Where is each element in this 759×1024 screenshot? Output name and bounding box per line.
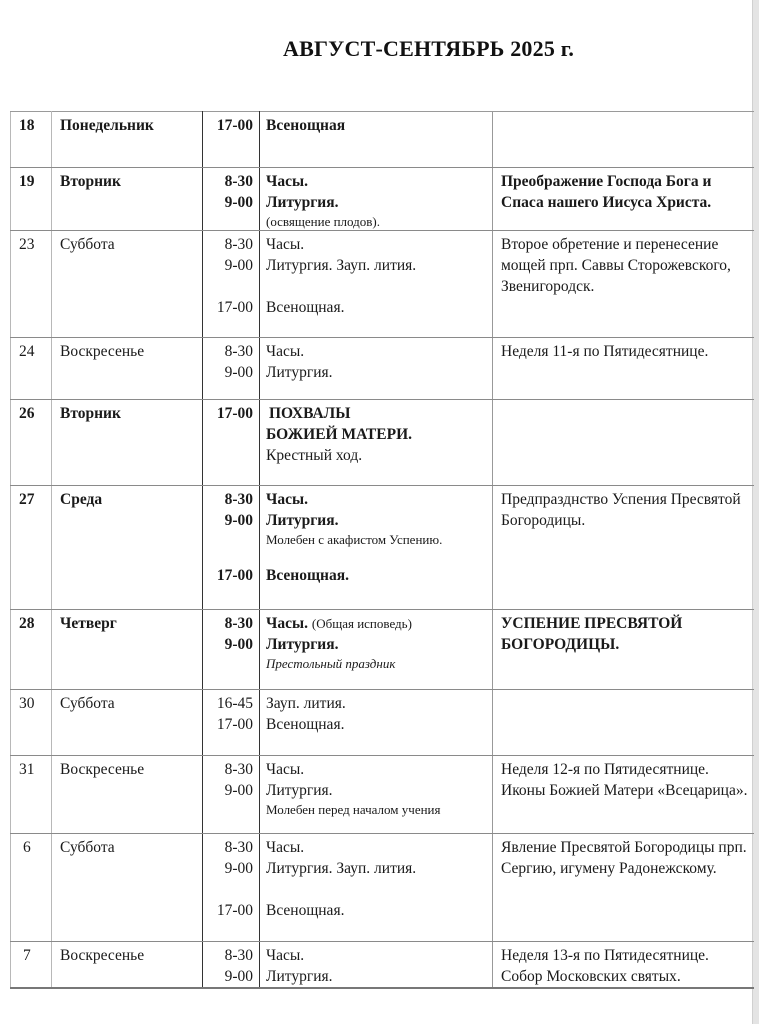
weekday: Суббота — [52, 690, 203, 756]
table-row: 26 Вторник 17-00 ПОХВАЛЫ БОЖИЕЙ МАТЕРИ. … — [11, 400, 755, 486]
feast-cell — [493, 400, 755, 486]
time-cell: 8-30 9-00 17-00 — [203, 231, 260, 338]
service-name: Литургия. — [266, 362, 486, 383]
service-name: Часы. — [266, 489, 486, 510]
weekday: Воскресенье — [52, 338, 203, 400]
service-time: 17-00 — [209, 900, 253, 921]
weekday: Понедельник — [52, 112, 203, 168]
service-name: Часы. — [266, 615, 308, 632]
service-name: Литургия. Зауп. лития. — [266, 255, 486, 276]
day-number: 24 — [11, 338, 52, 400]
service-name: ПОХВАЛЫ — [266, 403, 486, 424]
service-name: Всенощная. — [266, 900, 486, 921]
service-name: Часы. — [266, 837, 486, 858]
table-row: 28 Четверг 8-30 9-00 Часы. (Общая испове… — [11, 610, 755, 690]
weekday: Суббота — [52, 834, 203, 942]
table-row: 23 Суббота 8-30 9-00 17-00 Часы. Литурги… — [11, 231, 755, 338]
weekday: Четверг — [52, 610, 203, 690]
service-time: 8-30 — [209, 171, 253, 192]
service-time: 17-00 — [209, 403, 253, 424]
service-note: Молебен с акафистом Успению. — [266, 531, 486, 548]
service-cell: Часы. Литургия. Зауп. лития. Всенощная. — [260, 231, 493, 338]
service-time: 8-30 — [209, 945, 253, 966]
service-cell: Часы. Литургия. Зауп. лития. Всенощная. — [260, 834, 493, 942]
time-cell: 17-00 — [203, 400, 260, 486]
spacer — [266, 879, 486, 900]
day-number: 18 — [11, 112, 52, 168]
service-time: 17-00 — [209, 565, 253, 586]
service-time: 9-00 — [209, 634, 253, 655]
service-name: Литургия. — [266, 192, 486, 213]
service-cell: Всенощная — [260, 112, 493, 168]
feast-cell: Второе обретение и перенесение мощей прп… — [493, 231, 755, 338]
service-time: 17-00 — [209, 115, 253, 136]
service-time: 9-00 — [209, 966, 253, 987]
spacer — [209, 531, 253, 565]
day-number: 6 — [11, 834, 52, 942]
service-cell: Часы. (Общая исповедь) Литургия. Престол… — [260, 610, 493, 690]
service-name: Часы. — [266, 759, 486, 780]
table-row: 7 Воскресенье 8-30 9-00 Часы. Литургия. … — [11, 942, 755, 989]
service-name: Всенощная. — [266, 565, 486, 586]
table-row: 30 Суббота 16-45 17-00 Зауп. лития. Всен… — [11, 690, 755, 756]
time-cell: 8-30 9-00 17-00 — [203, 834, 260, 942]
service-time: 9-00 — [209, 192, 253, 213]
day-number: 26 — [11, 400, 52, 486]
service-time: 9-00 — [209, 858, 253, 879]
day-number: 7 — [11, 942, 52, 989]
service-time: 9-00 — [209, 362, 253, 383]
service-note: Молебен перед началом учения — [266, 801, 486, 818]
weekday: Суббота — [52, 231, 203, 338]
service-name: Литургия. — [266, 780, 486, 801]
feast-cell — [493, 690, 755, 756]
service-name: Литургия. — [266, 510, 486, 531]
schedule-table: 18 Понедельник 17-00 Всенощная 19 Вторни… — [10, 111, 754, 989]
time-cell: 8-30 9-00 — [203, 756, 260, 834]
service-inline-note: (Общая исповедь) — [312, 616, 412, 631]
service-time: 16-45 — [209, 693, 253, 714]
time-cell: 8-30 9-00 17-00 — [203, 486, 260, 610]
feast-cell: Неделя 12-я по Пятидесятнице. Иконы Божи… — [493, 756, 755, 834]
time-cell: 8-30 9-00 — [203, 168, 260, 231]
time-cell: 8-30 9-00 — [203, 942, 260, 989]
feast-cell: Явление Пресвятой Богородицы прп. Сергию… — [493, 834, 755, 942]
service-cell: Часы. Литургия. — [260, 338, 493, 400]
day-number: 31 — [11, 756, 52, 834]
service-time: 9-00 — [209, 255, 253, 276]
table-row: 19 Вторник 8-30 9-00 Часы. Литургия. (ос… — [11, 168, 755, 231]
service-cell: ПОХВАЛЫ БОЖИЕЙ МАТЕРИ. Крестный ход. — [260, 400, 493, 486]
service-time: 17-00 — [209, 714, 253, 735]
service-name: Литургия. — [266, 634, 486, 655]
service-name: Всенощная — [266, 115, 486, 136]
day-number: 23 — [11, 231, 52, 338]
service-cell: Зауп. лития. Всенощная. — [260, 690, 493, 756]
weekday: Воскресенье — [52, 756, 203, 834]
page-title: АВГУСТ-СЕНТЯБРЬ 2025 г. — [283, 36, 574, 62]
service-note: (освящение плодов). — [266, 213, 486, 230]
day-number: 30 — [11, 690, 52, 756]
spacer — [266, 276, 486, 297]
feast-cell: Неделя 11-я по Пятидесятнице. — [493, 338, 755, 400]
spacer — [266, 548, 486, 565]
service-time: 17-00 — [209, 297, 253, 318]
service-name: Всенощная. — [266, 297, 486, 318]
table-row: 31 Воскресенье 8-30 9-00 Часы. Литургия.… — [11, 756, 755, 834]
spacer — [209, 276, 253, 297]
table-row: 24 Воскресенье 8-30 9-00 Часы. Литургия.… — [11, 338, 755, 400]
service-cell: Часы. Литургия. (освящение плодов). — [260, 168, 493, 231]
service-note: Крестный ход. — [266, 445, 486, 466]
day-number: 28 — [11, 610, 52, 690]
service-time: 8-30 — [209, 759, 253, 780]
table-row: 6 Суббота 8-30 9-00 17-00 Часы. Литургия… — [11, 834, 755, 942]
service-cell: Часы. Литургия. Молебен перед началом уч… — [260, 756, 493, 834]
service-name: Часы. — [266, 171, 486, 192]
feast-cell: УСПЕНИЕ ПРЕСВЯТОЙ БОГОРОДИЦЫ. — [493, 610, 755, 690]
time-cell: 17-00 — [203, 112, 260, 168]
table-row: 27 Среда 8-30 9-00 17-00 Часы. Литургия.… — [11, 486, 755, 610]
day-number: 27 — [11, 486, 52, 610]
service-note: Престольный праздник — [266, 655, 486, 672]
weekday: Воскресенье — [52, 942, 203, 989]
service-name: Литургия. Зауп. лития. — [266, 858, 486, 879]
feast-cell — [493, 112, 755, 168]
service-time: 8-30 — [209, 613, 253, 634]
service-name: Часы. — [266, 945, 486, 966]
service-name: Часы. — [266, 341, 486, 362]
spacer — [209, 879, 253, 900]
feast-cell: Преображение Господа Бога и Спаса нашего… — [493, 168, 755, 231]
service-cell: Часы. Литургия. Молебен с акафистом Успе… — [260, 486, 493, 610]
weekday: Вторник — [52, 400, 203, 486]
feast-cell: Неделя 13-я по Пятидесятнице. Собор Моск… — [493, 942, 755, 989]
service-name: Всенощная. — [266, 714, 486, 735]
service-time: 8-30 — [209, 837, 253, 858]
service-time: 8-30 — [209, 234, 253, 255]
time-cell: 16-45 17-00 — [203, 690, 260, 756]
service-cell: Часы. Литургия. — [260, 942, 493, 989]
service-time: 9-00 — [209, 510, 253, 531]
service-time: 8-30 — [209, 341, 253, 362]
service-name: БОЖИЕЙ МАТЕРИ. — [266, 424, 486, 445]
table-row: 18 Понедельник 17-00 Всенощная — [11, 112, 755, 168]
service-time: 9-00 — [209, 780, 253, 801]
service-name: Часы. — [266, 234, 486, 255]
day-number: 19 — [11, 168, 52, 231]
time-cell: 8-30 9-00 — [203, 338, 260, 400]
feast-cell: Предпразднство Успения Пресвятой Богород… — [493, 486, 755, 610]
service-time: 8-30 — [209, 489, 253, 510]
weekday: Среда — [52, 486, 203, 610]
service-name: Зауп. лития. — [266, 693, 486, 714]
weekday: Вторник — [52, 168, 203, 231]
service-name: Литургия. — [266, 966, 486, 987]
time-cell: 8-30 9-00 — [203, 610, 260, 690]
